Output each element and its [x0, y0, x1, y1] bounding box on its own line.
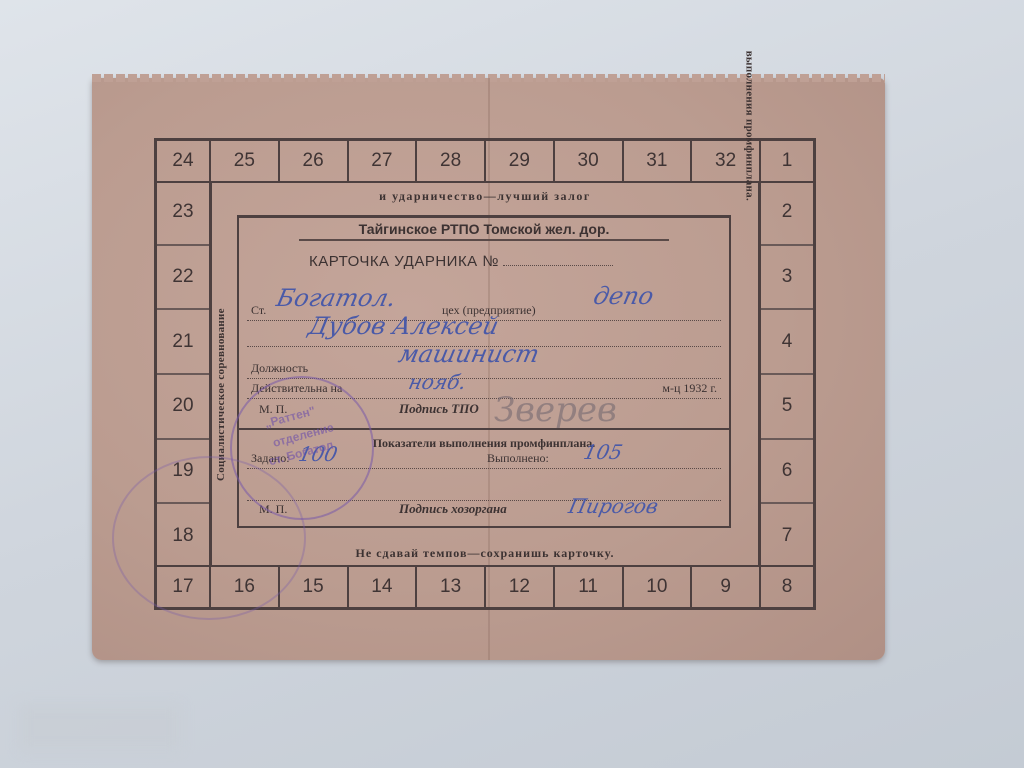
- blurred-watermark: [20, 705, 180, 750]
- number-cell: 12: [486, 567, 555, 607]
- number-cell: 7: [761, 504, 813, 567]
- right-number-column: 2 3 4 5 6 7: [758, 181, 813, 567]
- number-cell: 3: [761, 246, 813, 311]
- number-cell: 21: [157, 310, 209, 375]
- name-handwriting: Дубов Алексей: [306, 312, 501, 340]
- number-cell: 24: [157, 141, 211, 181]
- number-cell: 26: [280, 141, 349, 181]
- number-cell: 20: [157, 375, 209, 440]
- number-cell: 10: [624, 567, 693, 607]
- organization-header: Тайгинское РТПО Томской жел. дор.: [299, 221, 669, 241]
- shop-handwriting: депо: [591, 282, 656, 310]
- shock-worker-card: 24 25 26 27 28 29 30 31 32 1 23 22 21 20…: [92, 78, 885, 660]
- number-cell: 31: [624, 141, 693, 181]
- card-title-text: КАРТОЧКА УДАРНИКА №: [309, 253, 499, 270]
- top-motto: и ударничество—лучший залог: [217, 189, 753, 204]
- valid-handwriting: нояб.: [406, 370, 468, 394]
- number-cell: 9: [692, 567, 761, 607]
- number-cell: 27: [349, 141, 418, 181]
- number-cell: 29: [486, 141, 555, 181]
- number-cell: 28: [417, 141, 486, 181]
- number-cell: 6: [761, 440, 813, 505]
- card-number-blank: [503, 265, 613, 266]
- vertical-left-caption: Социалистическое соревнование: [215, 308, 227, 481]
- vertical-right-caption: выполнения промфинплана.: [743, 51, 755, 201]
- number-cell: 14: [349, 567, 418, 607]
- number-cell: 13: [417, 567, 486, 607]
- completed-label: Выполнено:: [487, 451, 549, 466]
- number-cell: 5: [761, 375, 813, 440]
- card-title: КАРТОЧКА УДАРНИКА №: [309, 253, 729, 270]
- number-cell: 22: [157, 246, 209, 311]
- year-label: м-ц 1932 г.: [662, 381, 717, 396]
- tpo-signature-label: Подпись ТПО: [399, 401, 479, 417]
- completed-handwriting: 105: [581, 440, 624, 464]
- management-signature-handwriting: Пирогов: [566, 494, 660, 518]
- position-handwriting: машинист: [396, 340, 542, 368]
- management-signature-label: Подпись хозоргана: [399, 501, 507, 517]
- number-cell: 23: [157, 181, 209, 246]
- number-cell: 25: [211, 141, 280, 181]
- number-cell: 30: [555, 141, 624, 181]
- number-cell: 2: [761, 181, 813, 246]
- top-number-strip: 24 25 26 27 28 29 30 31 32 1: [157, 141, 813, 183]
- faded-round-stamp: [112, 456, 306, 620]
- station-handwriting: Богатол.: [274, 284, 399, 312]
- position-label: Должность: [251, 361, 308, 376]
- pencil-signature: Зверев: [494, 390, 617, 430]
- station-label: Ст.: [251, 303, 266, 318]
- number-cell: 8: [761, 567, 813, 607]
- number-cell: 4: [761, 310, 813, 375]
- number-cell: 11: [555, 567, 624, 607]
- number-cell: 1: [761, 141, 813, 181]
